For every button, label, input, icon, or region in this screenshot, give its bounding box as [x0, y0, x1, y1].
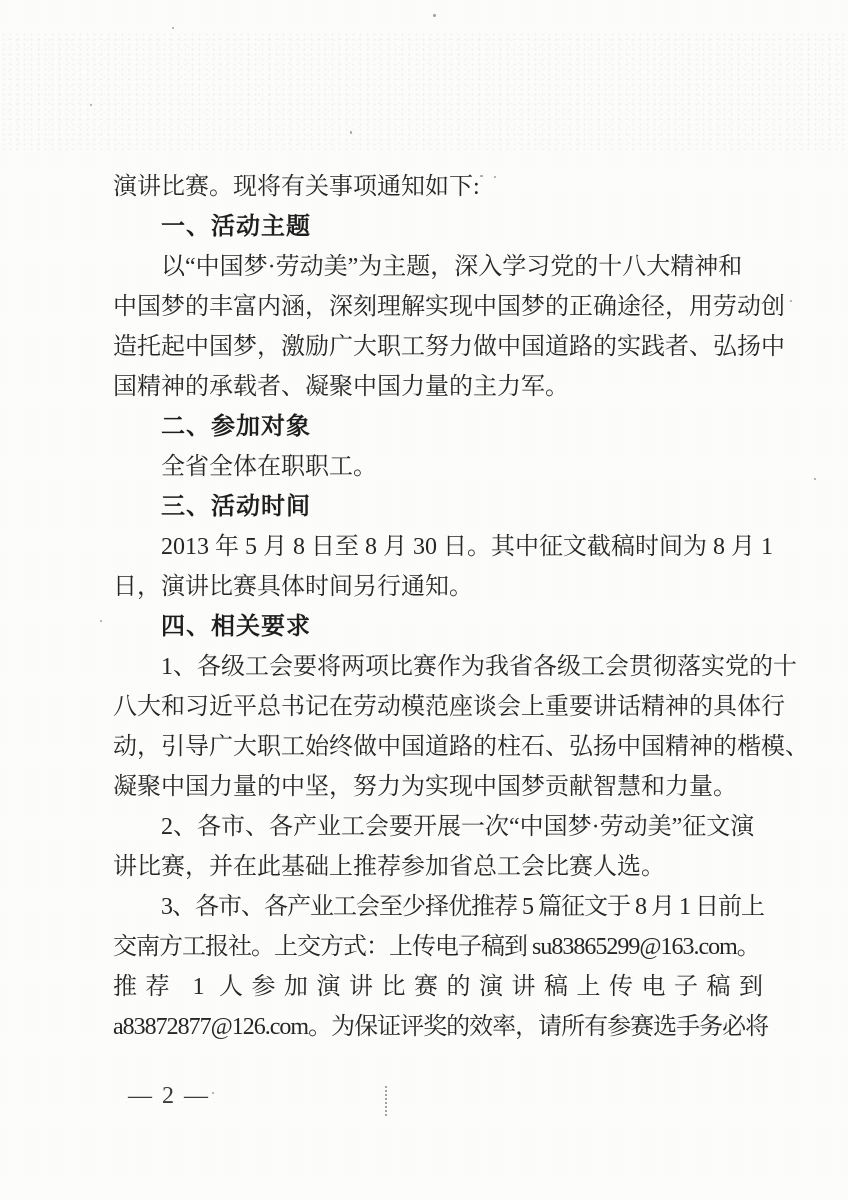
heading-participants: 二、参加对象	[113, 407, 763, 447]
body-line-email-speech: a83872877@126.com。为保证评奖的效率，请所有参赛选手务必将	[113, 1007, 763, 1047]
heading-activity-theme: 一、活动主题	[113, 207, 763, 247]
scan-speck	[172, 27, 174, 29]
body-line-email-essay: 交南方工报社。上交方式：上传电子稿到 su83865299@163.com。	[113, 927, 763, 967]
scan-speck	[433, 14, 436, 17]
body-line: 讲比赛，并在此基础上推荐参加省总工会比赛人选。	[113, 847, 763, 887]
heading-activity-time: 三、活动时间	[113, 487, 763, 527]
scanned-document-page: 演讲比赛。现将有关事项通知如下: 一、活动主题 以“中国梦·劳动美”为主题，深入…	[0, 0, 848, 1200]
scan-speck	[790, 300, 792, 302]
scan-noise-band	[0, 32, 848, 150]
body-line: 2013 年 5 月 8 日至 8 月 30 日。其中征文截稿时间为 8 月 1	[113, 527, 763, 567]
body-line: 凝聚中国力量的中坚，努力为实现中国梦贡献智慧和力量。	[113, 767, 763, 807]
body-line: 全省全体在职职工。	[113, 447, 763, 487]
scan-speck	[212, 1092, 214, 1094]
body-line: 以“中国梦·劳动美”为主题，深入学习党的十八大精神和	[113, 247, 763, 287]
body-line: 动，引导广大职工始终做中国道路的柱石、弘扬中国精神的楷模、	[113, 727, 763, 767]
page-number: — 2 —	[128, 1082, 210, 1110]
scan-speck	[350, 131, 352, 134]
scan-speck	[814, 478, 816, 480]
body-line: 造托起中国梦，激励广大职工努力做中国道路的实践者、弘扬中	[113, 327, 763, 367]
body-line: 八大和习近平总书记在劳动模范座谈会上重要讲话精神的具体行	[113, 687, 763, 727]
scan-speck	[100, 620, 102, 622]
scan-speck	[90, 104, 92, 106]
body-line: 日，演讲比赛具体时间另行通知。	[113, 567, 763, 607]
body-line: 推荐 1 人参加演讲比赛的演讲稿上传电子稿到	[113, 967, 763, 1007]
body-line: 国精神的承载者、凝聚中国力量的主力军。	[113, 367, 763, 407]
scan-dots-artifact	[385, 1086, 387, 1116]
body-line: 演讲比赛。现将有关事项通知如下:	[113, 167, 763, 207]
body-line: 2、各市、各产业工会要开展一次“中国梦·劳动美”征文演	[113, 807, 763, 847]
body-line: 3、各市、各产业工会至少择优推荐 5 篇征文于 8 月 1 日前上	[113, 887, 763, 927]
document-body: 演讲比赛。现将有关事项通知如下: 一、活动主题 以“中国梦·劳动美”为主题，深入…	[113, 167, 763, 1047]
body-line: 中国梦的丰富内涵，深刻理解实现中国梦的正确途径，用劳动创	[113, 287, 763, 327]
heading-requirements: 四、相关要求	[113, 607, 763, 647]
body-line: 1、各级工会要将两项比赛作为我省各级工会贯彻落实党的十	[113, 647, 763, 687]
